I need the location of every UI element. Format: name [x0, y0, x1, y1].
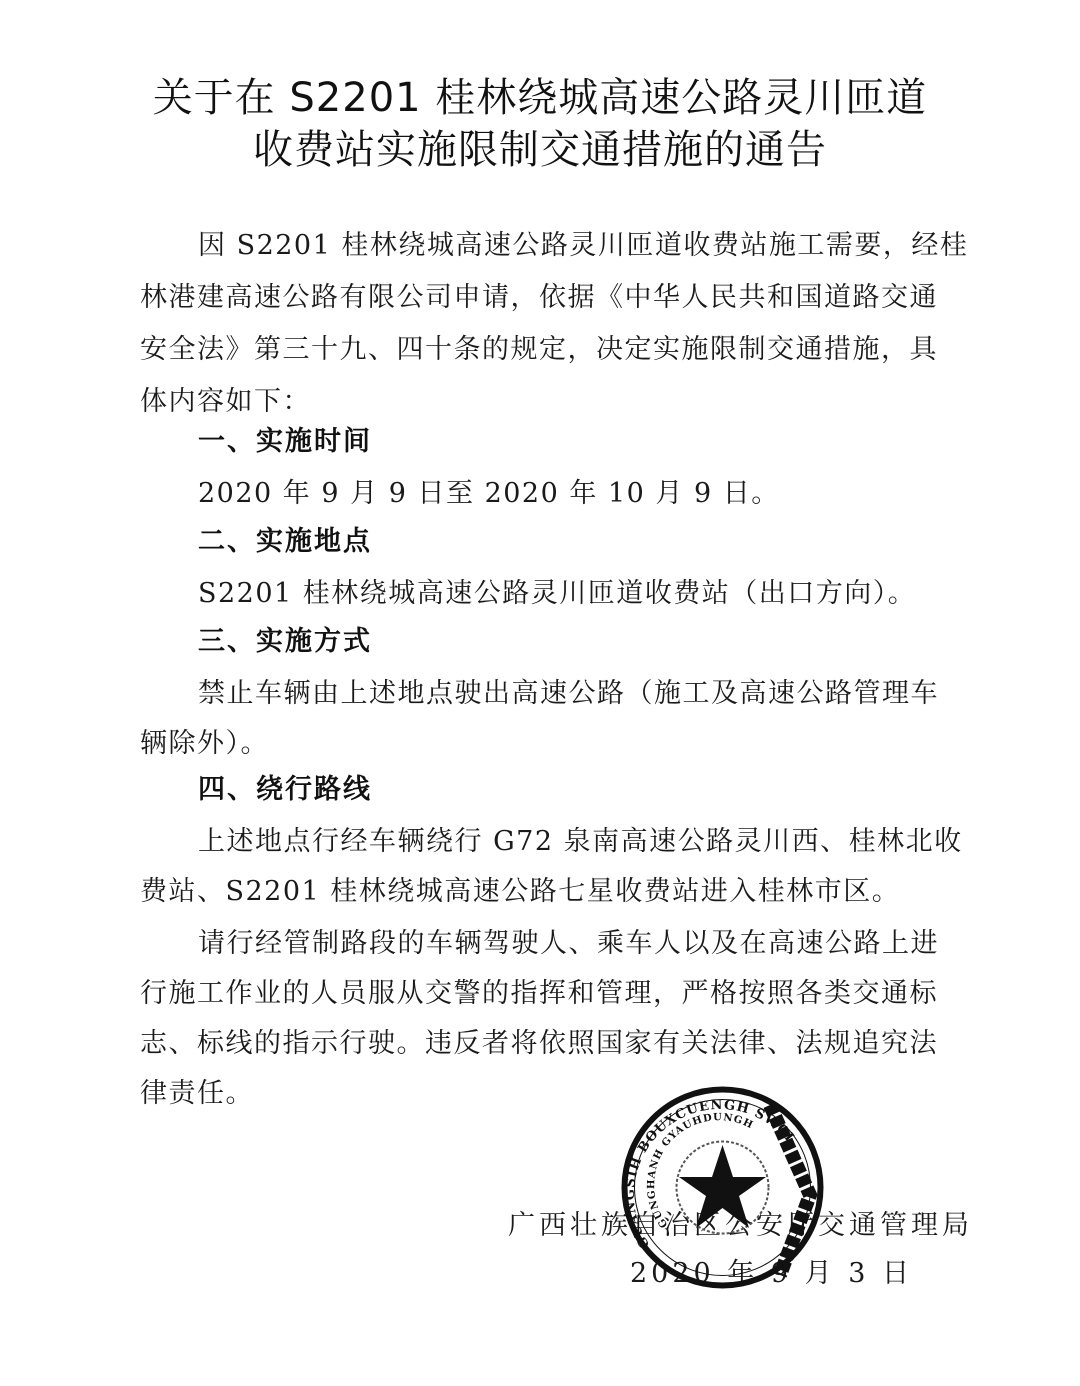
section-heading-detour: 四、绕行路线 — [198, 772, 372, 808]
official-seal-star-icon: GUANGSIH BOUXCUENGH SWCIGIH GUNGHANH GYA… — [620, 1085, 825, 1290]
document-title-line-2: 收费站实施限制交通措施的通告 — [0, 124, 1080, 176]
section-heading-method: 三、实施方式 — [198, 624, 372, 660]
section-detour-line-1: 上述地点行经车辆绕行 G72 泉南高速公路灵川西、桂林北收 — [198, 824, 940, 860]
intro-line-2: 林港建高速公路有限公司申请，依据《中华人民共和国道路交通 — [140, 280, 940, 316]
closing-line-3: 志、标线的指示行驶。违反者将依照国家有关法律、法规追究法 — [140, 1026, 940, 1062]
closing-line-2: 行施工作业的人员服从交警的指挥和管理，严格按照各类交通标 — [140, 976, 940, 1012]
section-method-line-1: 禁止车辆由上述地点驶出高速公路（施工及高速公路管理车 — [198, 676, 940, 712]
section-heading-location: 二、实施地点 — [198, 524, 372, 560]
section-method-line-2: 辆除外）。 — [140, 726, 940, 762]
section-location-text: S2201 桂林绕城高速公路灵川匝道收费站（出口方向）。 — [198, 576, 940, 612]
section-heading-time: 一、实施时间 — [198, 424, 372, 460]
closing-line-1: 请行经管制路段的车辆驾驶人、乘车人以及在高速公路上进 — [198, 926, 940, 962]
intro-line-4: 体内容如下： — [140, 384, 940, 420]
intro-line-3: 安全法》第三十九、四十条的规定，决定实施限制交通措施，具 — [140, 332, 940, 368]
intro-line-1: 因 S2201 桂林绕城高速公路灵川匝道收费站施工需要，经桂 — [198, 228, 940, 264]
document-title-line-1: 关于在 S2201 桂林绕城高速公路灵川匝道 — [0, 72, 1080, 124]
section-detour-line-2: 费站、S2201 桂林绕城高速公路七星收费站进入桂林市区。 — [140, 874, 940, 910]
section-time-text: 2020 年 9 月 9 日至 2020 年 10 月 9 日。 — [198, 476, 940, 512]
